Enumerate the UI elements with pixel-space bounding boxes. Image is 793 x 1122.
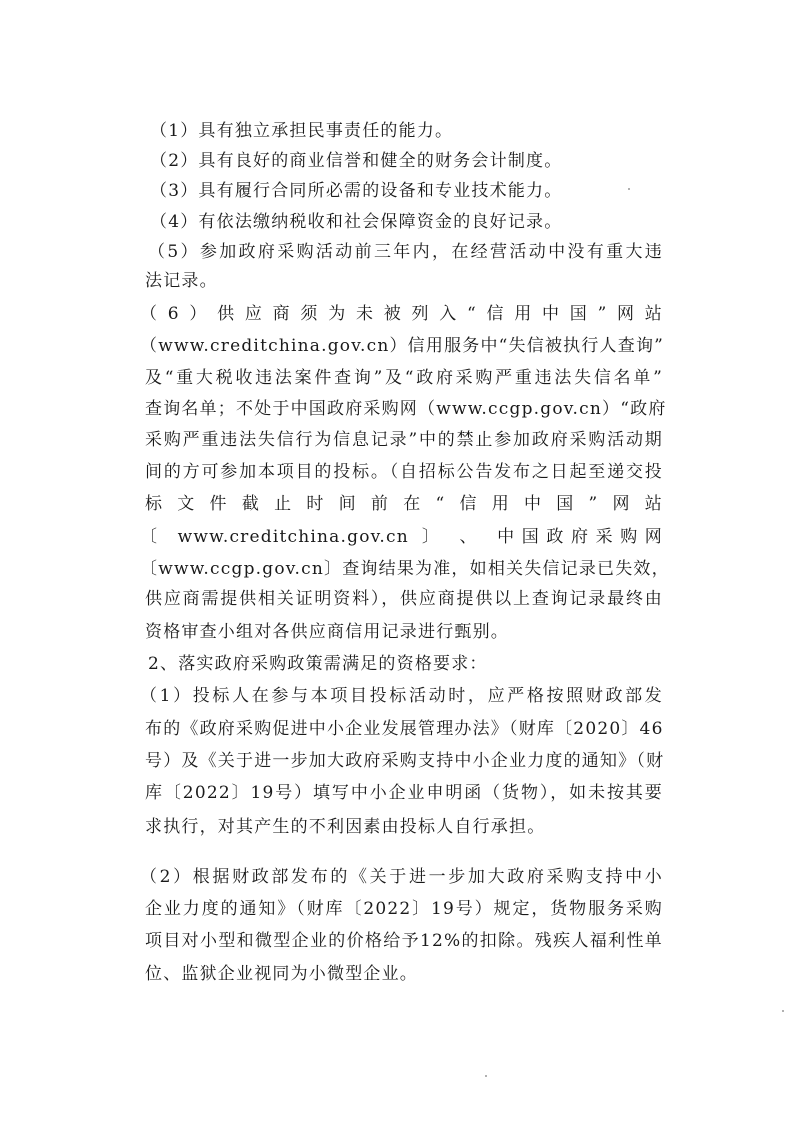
- scan-speck: [628, 188, 630, 190]
- text-line-27: 位、监狱企业视同为小微型企业。: [145, 963, 663, 985]
- text-line-13: 标文件截止时间前在“信用中国”网站: [145, 493, 663, 515]
- text-line-25: 企业力度的通知》（财库〔2022〕19号）规定，货物服务采购: [145, 898, 663, 920]
- section-heading-2: 2、落实政府采购政策需满足的资格要求：: [148, 653, 663, 675]
- document-page: （1）具有独立承担民事责任的能力。 （2）具有良好的商业信誉和健全的财务会计制度…: [0, 0, 793, 1122]
- scan-speck: [782, 1010, 784, 1012]
- text-line-20: 布的《政府采购促进中小企业发展管理办法》（财库〔2020〕46: [145, 718, 663, 740]
- text-line-11: 采购严重违法失信行为信息记录”中的禁止参加政府采购活动期: [145, 429, 663, 451]
- text-line-5: （5）参加政府采购活动前三年内，在经营活动中没有重大违: [148, 241, 663, 263]
- text-line-19: （1）投标人在参与本项目投标活动时，应严格按照财政部发: [140, 685, 663, 707]
- text-line-8: （www.creditchina.gov.cn）信用服务中“失信被执行人查询”: [140, 335, 663, 357]
- scan-speck: [485, 1075, 487, 1077]
- text-line-23: 求执行，对其产生的不利因素由投标人自行承担。: [145, 816, 663, 838]
- text-line-14: 〔 www.creditchina.gov.cn 〕 、 中国政府采购网: [140, 526, 663, 548]
- text-line-6: 法记录。: [145, 270, 663, 292]
- text-line-15: 〔www.ccgp.gov.cn〕查询结果为准，如相关失信记录已失效，: [140, 558, 663, 580]
- text-line-16: 供应商需提供相关证明资料），供应商提供以上查询记录最终由: [145, 588, 663, 610]
- text-line-10: 查询名单；不处于中国政府采购网（www.ccgp.gov.cn）“政府: [145, 398, 663, 420]
- text-line-4: （4）有依法缴纳税收和社会保障资金的良好记录。: [150, 211, 663, 233]
- text-line-2: （2）具有良好的商业信誉和健全的财务会计制度。: [150, 150, 663, 172]
- text-line-22: 库〔2022〕19号）填写中小企业申明函（货物），如未按其要: [145, 782, 663, 804]
- text-line-9: 及“重大税收违法案件查询”及“政府采购严重违法失信名单”: [145, 367, 663, 389]
- text-line-17: 资格审查小组对各供应商信用记录进行甄别。: [145, 621, 663, 643]
- text-line-26: 项目对小型和微型企业的价格给予12%的扣除。残疾人福利性单: [145, 930, 663, 952]
- text-line-7: （6）供应商须为未被列入“信用中国”网站: [140, 303, 663, 325]
- text-line-24: （2）根据财政部发布的《关于进一步加大政府采购支持中小: [140, 866, 663, 888]
- text-line-3: （3）具有履行合同所必需的设备和专业技术能力。: [150, 180, 663, 202]
- text-line-12: 间的方可参加本项目的投标。（自招标公告发布之日起至递交投: [145, 461, 663, 483]
- text-line-21: 号）及《关于进一步加大政府采购支持中小企业力度的通知》（财: [145, 750, 663, 772]
- text-line-1: （1）具有独立承担民事责任的能力。: [150, 120, 663, 142]
